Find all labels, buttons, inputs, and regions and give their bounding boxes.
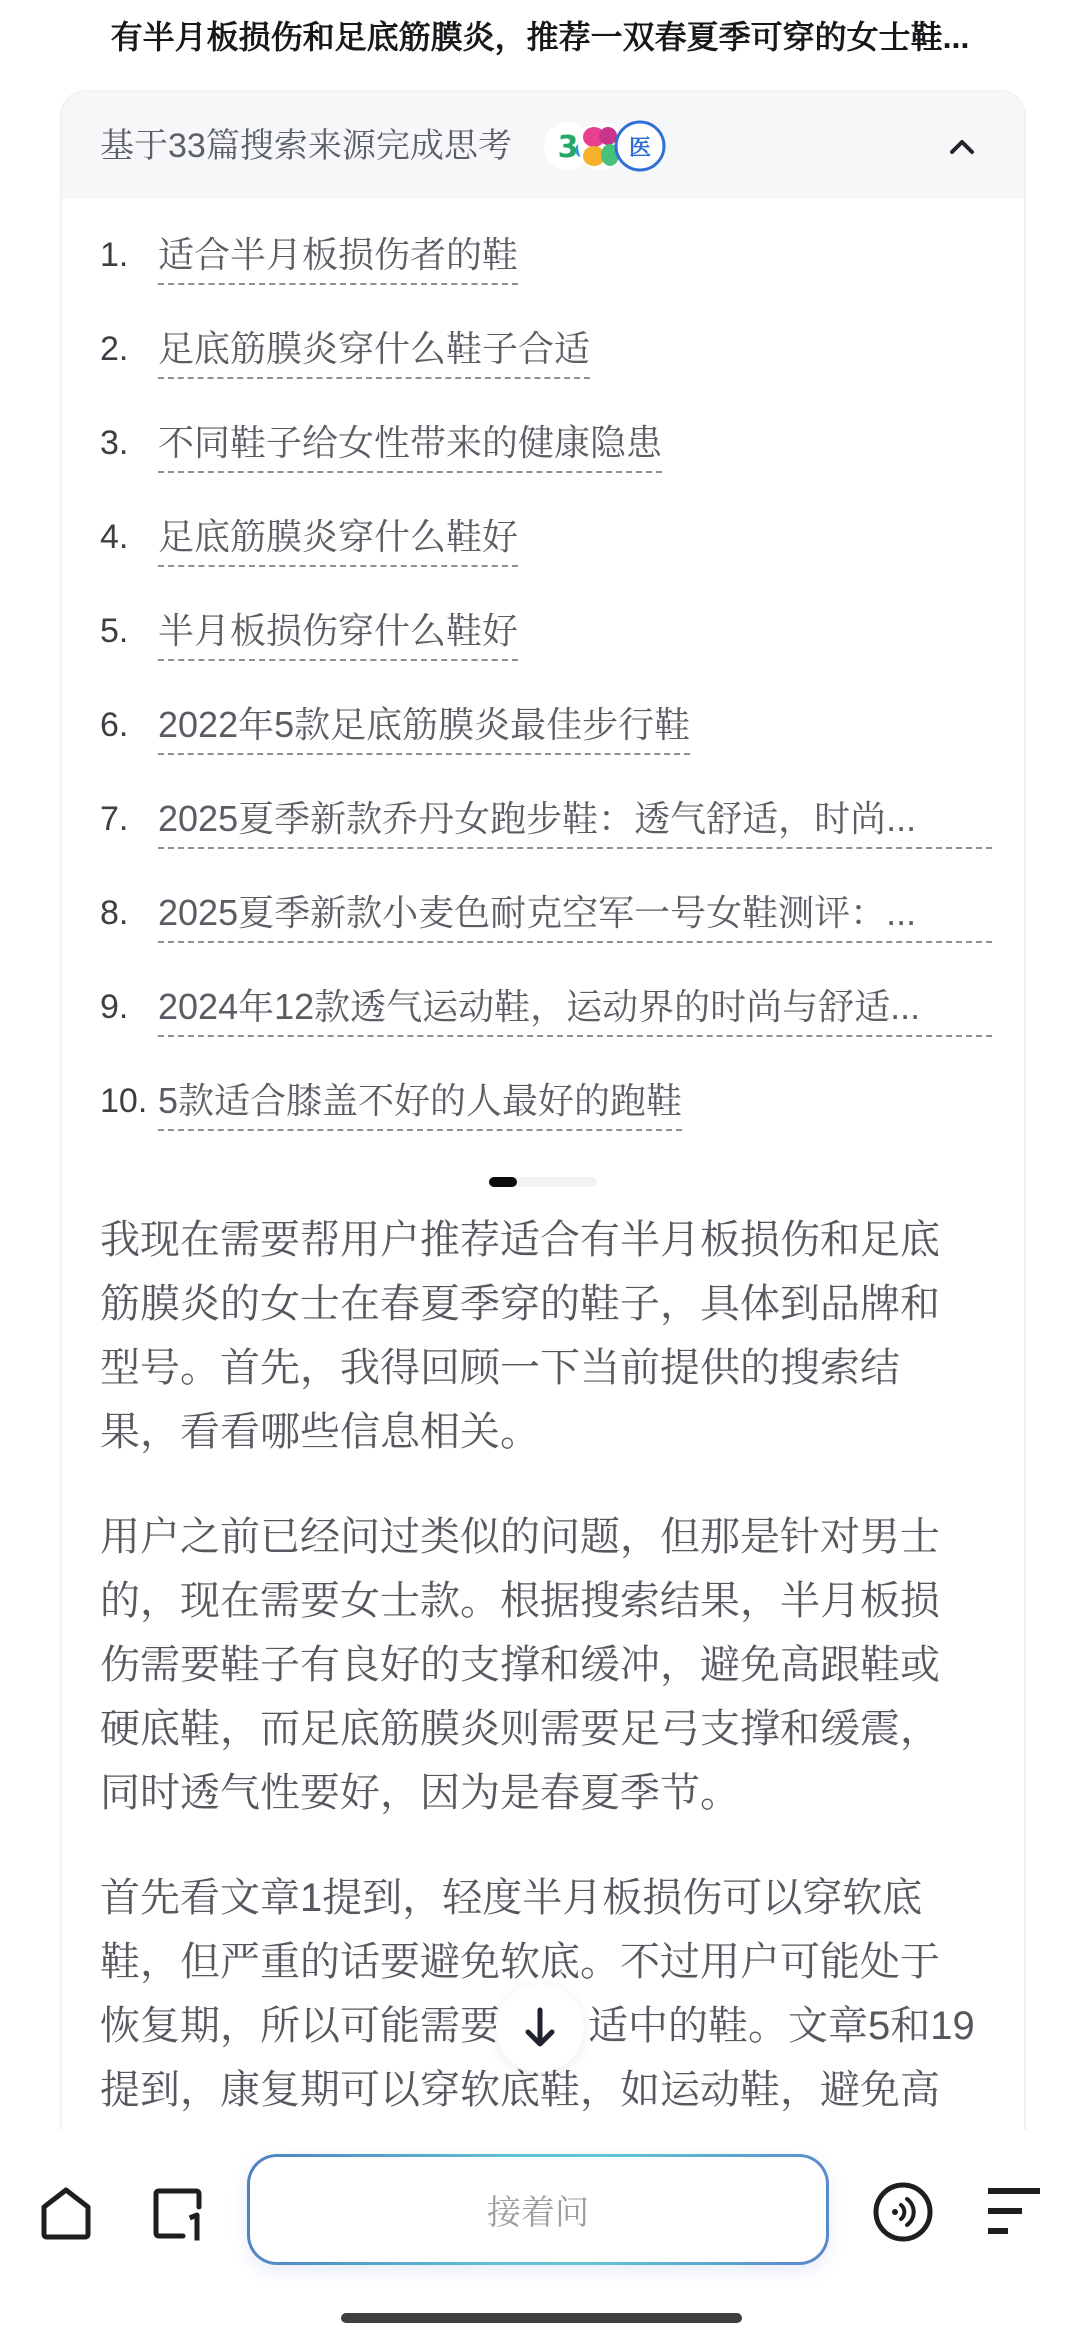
- text-line: 果，看看哪些信息相关。: [100, 1400, 1000, 1464]
- source-item[interactable]: 2. 足底筋膜炎穿什么鞋子合适: [100, 302, 1000, 396]
- scroll-indicator-thumb[interactable]: [489, 1177, 517, 1187]
- blue-doctor-logo-icon: 医: [616, 122, 664, 170]
- follow-up-input[interactable]: 接着问: [247, 2154, 829, 2265]
- source-link[interactable]: 2024年12款透气运动鞋，运动界的时尚与舒适...: [158, 985, 992, 1037]
- source-item[interactable]: 8. 2025夏季新款小麦色耐克空军一号女鞋测评：...: [100, 866, 1000, 960]
- source-item[interactable]: 9. 2024年12款透气运动鞋，运动界的时尚与舒适...: [100, 960, 1000, 1054]
- text-line: 首先看文章1提到，轻度半月板损伤可以穿软底: [100, 1866, 1000, 1930]
- source-link[interactable]: 适合半月板损伤者的鞋: [158, 233, 518, 285]
- source-link[interactable]: 足底筋膜炎穿什么鞋子合适: [158, 327, 590, 379]
- source-logos-icon: 3 c 医: [542, 119, 666, 173]
- sources-summary-text: 基于33篇搜索来源完成思考: [100, 126, 512, 166]
- sources-scroll-indicator[interactable]: [489, 1177, 597, 1187]
- bottom-bar: 1 接着问: [0, 2130, 1080, 2332]
- source-item[interactable]: 7. 2025夏季新款乔丹女跑步鞋：透气舒适，时尚...: [100, 772, 1000, 866]
- source-item[interactable]: 5. 半月板损伤穿什么鞋好: [100, 584, 1000, 678]
- text-line: 同时透气性要好，因为是春夏季节。: [100, 1761, 1000, 1825]
- tabs-icon[interactable]: 1: [149, 2185, 205, 2241]
- source-index: 7.: [100, 797, 128, 841]
- source-link[interactable]: 2025夏季新款乔丹女跑步鞋：透气舒适，时尚...: [158, 797, 992, 849]
- sources-summary-header[interactable]: 基于33篇搜索来源完成思考 3 c 医: [62, 92, 1024, 199]
- source-item[interactable]: 10. 5款适合膝盖不好的人最好的跑鞋: [100, 1054, 1000, 1148]
- source-link[interactable]: 2022年5款足底筋膜炎最佳步行鞋: [158, 703, 690, 755]
- text-line: 我现在需要帮用户推荐适合有半月板损伤和足底: [100, 1208, 1000, 1272]
- text-line: 筋膜炎的女士在春夏季穿的鞋子，具体到品牌和: [100, 1272, 1000, 1336]
- menu-icon[interactable]: [988, 2186, 1040, 2236]
- text-line: 用户之前已经问过类似的问题，但那是针对男士: [100, 1505, 1000, 1569]
- input-placeholder: 接着问: [487, 2185, 589, 2234]
- svg-text:医: 医: [629, 136, 651, 161]
- text-line: 型号。首先，我得回顾一下当前提供的搜索结: [100, 1336, 1000, 1400]
- thinking-card: 基于33篇搜索来源完成思考 3 c 医 1.: [60, 90, 1026, 2154]
- source-index: 1.: [100, 233, 128, 277]
- source-index: 2.: [100, 327, 128, 371]
- arrow-down-icon: [520, 2006, 560, 2050]
- text-line: 硬底鞋，而足底筋膜炎则需要足弓支撑和缓震，: [100, 1697, 1000, 1761]
- voice-call-icon[interactable]: [872, 2181, 934, 2243]
- text-line: 伤需要鞋子有良好的支撑和缓冲，避免高跟鞋或: [100, 1633, 1000, 1697]
- source-list: 1. 适合半月板损伤者的鞋 2. 足底筋膜炎穿什么鞋子合适 3. 不同鞋子给女性…: [100, 208, 1000, 1148]
- source-index: 4.: [100, 515, 128, 559]
- source-index: 8.: [100, 891, 128, 935]
- source-link[interactable]: 足底筋膜炎穿什么鞋好: [158, 515, 518, 567]
- scroll-to-bottom-button[interactable]: [496, 1984, 584, 2072]
- source-index: 9.: [100, 985, 128, 1029]
- gesture-home-indicator[interactable]: [341, 2313, 742, 2323]
- source-link[interactable]: 5款适合膝盖不好的人最好的跑鞋: [158, 1079, 682, 1131]
- source-index: 3.: [100, 421, 128, 465]
- tab-count: 1: [149, 2185, 150, 2186]
- source-index: 10.: [100, 1079, 147, 1123]
- source-index: 6.: [100, 703, 128, 747]
- source-item[interactable]: 3. 不同鞋子给女性带来的健康隐患: [100, 396, 1000, 490]
- source-link[interactable]: 2025夏季新款小麦色耐克空军一号女鞋测评：...: [158, 891, 992, 943]
- thinking-paragraph: 用户之前已经问过类似的问题，但那是针对男士 的，现在需要女士款。根据搜索结果，半…: [100, 1505, 1000, 1825]
- source-item[interactable]: 6. 2022年5款足底筋膜炎最佳步行鞋: [100, 678, 1000, 772]
- text-segment: 适中的鞋。文章5和19: [588, 2004, 975, 2048]
- thinking-paragraph: 我现在需要帮用户推荐适合有半月板损伤和足底 筋膜炎的女士在春夏季穿的鞋子，具体到…: [100, 1208, 1000, 1464]
- source-link[interactable]: 半月板损伤穿什么鞋好: [158, 609, 518, 661]
- source-item[interactable]: 4. 足底筋膜炎穿什么鞋好: [100, 490, 1000, 584]
- home-icon[interactable]: [38, 2185, 94, 2241]
- text-segment: 恢复期，所以可能需要: [100, 2004, 500, 2048]
- conversation-title: 有半月板损伤和足底筋膜炎，推荐一双春夏季可穿的女士鞋...: [0, 17, 1080, 57]
- source-index: 5.: [100, 609, 128, 653]
- text-line: 的，现在需要女士款。根据搜索结果，半月板损: [100, 1569, 1000, 1633]
- source-link[interactable]: 不同鞋子给女性带来的健康隐患: [158, 421, 662, 473]
- source-item[interactable]: 1. 适合半月板损伤者的鞋: [100, 208, 1000, 302]
- chevron-up-icon[interactable]: [942, 126, 982, 166]
